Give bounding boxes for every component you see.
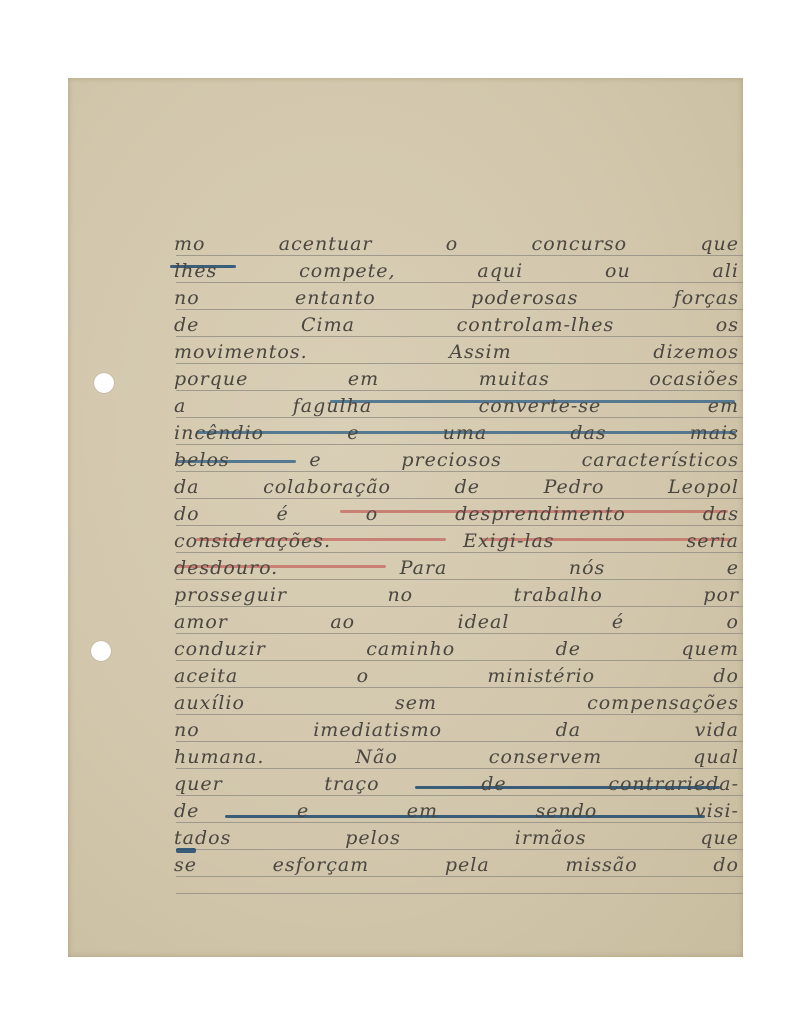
- punch-hole-bottom: [91, 641, 111, 661]
- handwritten-word: fagulha: [293, 395, 372, 417]
- handwritten-word: e: [727, 557, 739, 579]
- handwritten-word: aceita: [174, 665, 238, 687]
- handwritten-word: converte-se: [479, 395, 602, 417]
- text-line: belosepreciososcaracterísticos: [174, 445, 739, 471]
- text-line: noimediatismodavida: [174, 715, 739, 741]
- text-line: aceitaoministériodo: [174, 661, 739, 687]
- text-line: conduzircaminhodequem: [174, 634, 739, 660]
- handwritten-word: qual: [693, 746, 739, 768]
- handwritten-word: compensações: [587, 692, 739, 714]
- text-line: incêndioeumadasmais: [174, 418, 739, 444]
- handwritten-word: no: [174, 719, 200, 741]
- handwritten-word: ali: [713, 260, 739, 282]
- handwritten-word: da: [556, 719, 582, 741]
- handwritten-word: missão: [565, 854, 637, 876]
- text-line: quertraçodecontrarieda-: [174, 769, 739, 795]
- text-line: afagulhaconverte-seem: [174, 391, 739, 417]
- handwritten-word: que: [700, 827, 739, 849]
- handwritten-word: desprendimento: [455, 503, 626, 525]
- text-line: lhescompete,aquiouali: [174, 256, 739, 282]
- handwritten-word: humana.: [174, 746, 264, 768]
- handwritten-word: contrarieda-: [608, 773, 739, 795]
- text-line: doéodesprendimentodas: [174, 499, 739, 525]
- text-line: prosseguirnotrabalhopor: [174, 580, 739, 606]
- handwritten-word: do: [713, 665, 739, 687]
- handwritten-word: mo: [174, 233, 205, 255]
- handwritten-word: Para: [400, 557, 448, 579]
- handwritten-word: amor: [174, 611, 228, 633]
- handwritten-word: por: [703, 584, 739, 606]
- text-line: deeemsendovisi-: [174, 796, 739, 822]
- text-line: amoraoidealéo: [174, 607, 739, 633]
- handwritten-word: de: [481, 773, 506, 795]
- handwritten-word: e: [347, 422, 359, 444]
- handwritten-word: é: [612, 611, 624, 633]
- handwritten-word: trabalho: [514, 584, 603, 606]
- handwritten-word: quer: [174, 773, 223, 795]
- handwritten-word: movimentos.: [174, 341, 308, 363]
- text-line: porqueemmuitasocasiões: [174, 364, 739, 390]
- handwritten-word: ministério: [487, 665, 595, 687]
- handwritten-word: de: [174, 800, 199, 822]
- handwritten-word: de: [556, 638, 581, 660]
- handwritten-word: controlam-lhes: [457, 314, 615, 336]
- handwritten-word: que: [700, 233, 739, 255]
- handwritten-word: muitas: [479, 368, 550, 390]
- handwritten-word: irmãos: [515, 827, 587, 849]
- handwritten-word: pelos: [345, 827, 401, 849]
- handwritten-word: Não: [355, 746, 397, 768]
- text-line: seesforçampelamissãodo: [174, 850, 739, 876]
- handwritten-word: de: [455, 476, 480, 498]
- text-line: deCimacontrolam-lhesos: [174, 310, 739, 336]
- handwritten-word: no: [174, 287, 200, 309]
- handwritten-word: lhes: [174, 260, 217, 282]
- handwritten-word: das: [703, 503, 739, 525]
- handwritten-word: pela: [445, 854, 490, 876]
- text-line: auxíliosemcompensações: [174, 688, 739, 714]
- handwritten-word: Cima: [301, 314, 355, 336]
- handwritten-word: poderosas: [471, 287, 578, 309]
- handwritten-word: o: [727, 611, 739, 633]
- handwritten-word: incêndio: [174, 422, 264, 444]
- handwritten-word: característicos: [582, 449, 739, 471]
- handwritten-word: em: [708, 395, 739, 417]
- text-line: humana.Nãoconservemqual: [174, 742, 739, 768]
- handwritten-word: mais: [690, 422, 739, 444]
- handwritten-word: traço: [324, 773, 379, 795]
- handwritten-word: sem: [395, 692, 437, 714]
- handwritten-word: quem: [681, 638, 739, 660]
- handwritten-word: em: [348, 368, 379, 390]
- handwritten-word: porque: [174, 368, 248, 390]
- handwritten-word: preciosos: [401, 449, 502, 471]
- handwritten-word: conservem: [489, 746, 602, 768]
- handwritten-word: colaboração: [263, 476, 391, 498]
- handwritten-word: o: [357, 665, 369, 687]
- handwritten-word: entanto: [295, 287, 376, 309]
- text-line: dacolaboraçãodePedroLeopol: [174, 472, 739, 498]
- handwritten-word: ao: [330, 611, 355, 633]
- text-line: desdouro.Paranóse: [174, 553, 739, 579]
- handwritten-word: nós: [569, 557, 605, 579]
- text-line: movimentos.Assimdizemos: [174, 337, 739, 363]
- handwritten-word: Pedro: [544, 476, 605, 498]
- handwritten-word: se: [174, 854, 197, 876]
- handwritten-word: a: [174, 395, 186, 417]
- handwritten-word: desdouro.: [174, 557, 278, 579]
- handwritten-word: em: [407, 800, 438, 822]
- handwritten-word: de: [174, 314, 199, 336]
- handwritten-word: sendo: [536, 800, 598, 822]
- handwritten-word: dizemos: [653, 341, 739, 363]
- handwritten-word: e: [297, 800, 309, 822]
- handwritten-word: caminho: [366, 638, 455, 660]
- handwritten-word: do: [174, 503, 200, 525]
- text-line: considerações.Exigi-lasseria: [174, 526, 739, 552]
- ruled-line: [176, 876, 743, 877]
- handwritten-word: conduzir: [174, 638, 266, 660]
- handwritten-word: acentuar: [279, 233, 373, 255]
- handwritten-word: o: [366, 503, 378, 525]
- handwritten-word: vida: [695, 719, 739, 741]
- handwritten-word: ou: [605, 260, 631, 282]
- text-line: noentantopoderosasforças: [174, 283, 739, 309]
- handwritten-word: é: [277, 503, 289, 525]
- handwritten-word: aqui: [477, 260, 523, 282]
- handwritten-word: os: [716, 314, 739, 336]
- text-line: tadospelosirmãosque: [174, 823, 739, 849]
- text-line: moacentuaroconcursoque: [174, 229, 739, 255]
- handwritten-word: uma: [443, 422, 488, 444]
- handwritten-word: belos: [174, 449, 230, 471]
- handwritten-word: compete,: [299, 260, 395, 282]
- manuscript-page: moacentuaroconcursoque lhescompete,aquio…: [68, 78, 743, 957]
- handwritten-word: imediatismo: [313, 719, 442, 741]
- handwritten-word: visi-: [695, 800, 739, 822]
- handwritten-word: esforçam: [273, 854, 370, 876]
- handwritten-word: prosseguir: [174, 584, 287, 606]
- handwritten-word: forças: [674, 287, 739, 309]
- handwritten-word: das: [570, 422, 606, 444]
- handwritten-word: concurso: [532, 233, 627, 255]
- handwritten-word: auxílio: [174, 692, 245, 714]
- handwritten-word: Exigi-las: [463, 530, 554, 552]
- handwritten-word: no: [387, 584, 413, 606]
- punch-hole-top: [94, 373, 114, 393]
- handwritten-word: seria: [687, 530, 739, 552]
- handwritten-word: e: [309, 449, 321, 471]
- handwritten-word: da: [174, 476, 200, 498]
- handwritten-word: Assim: [449, 341, 511, 363]
- handwritten-word: o: [446, 233, 458, 255]
- handwritten-word: ocasiões: [649, 368, 739, 390]
- handwritten-word: do: [713, 854, 739, 876]
- ruled-line: [176, 893, 743, 894]
- handwritten-word: Leopol: [668, 476, 739, 498]
- handwritten-word: tados: [174, 827, 231, 849]
- handwritten-word: ideal: [458, 611, 510, 633]
- handwritten-word: considerações.: [174, 530, 331, 552]
